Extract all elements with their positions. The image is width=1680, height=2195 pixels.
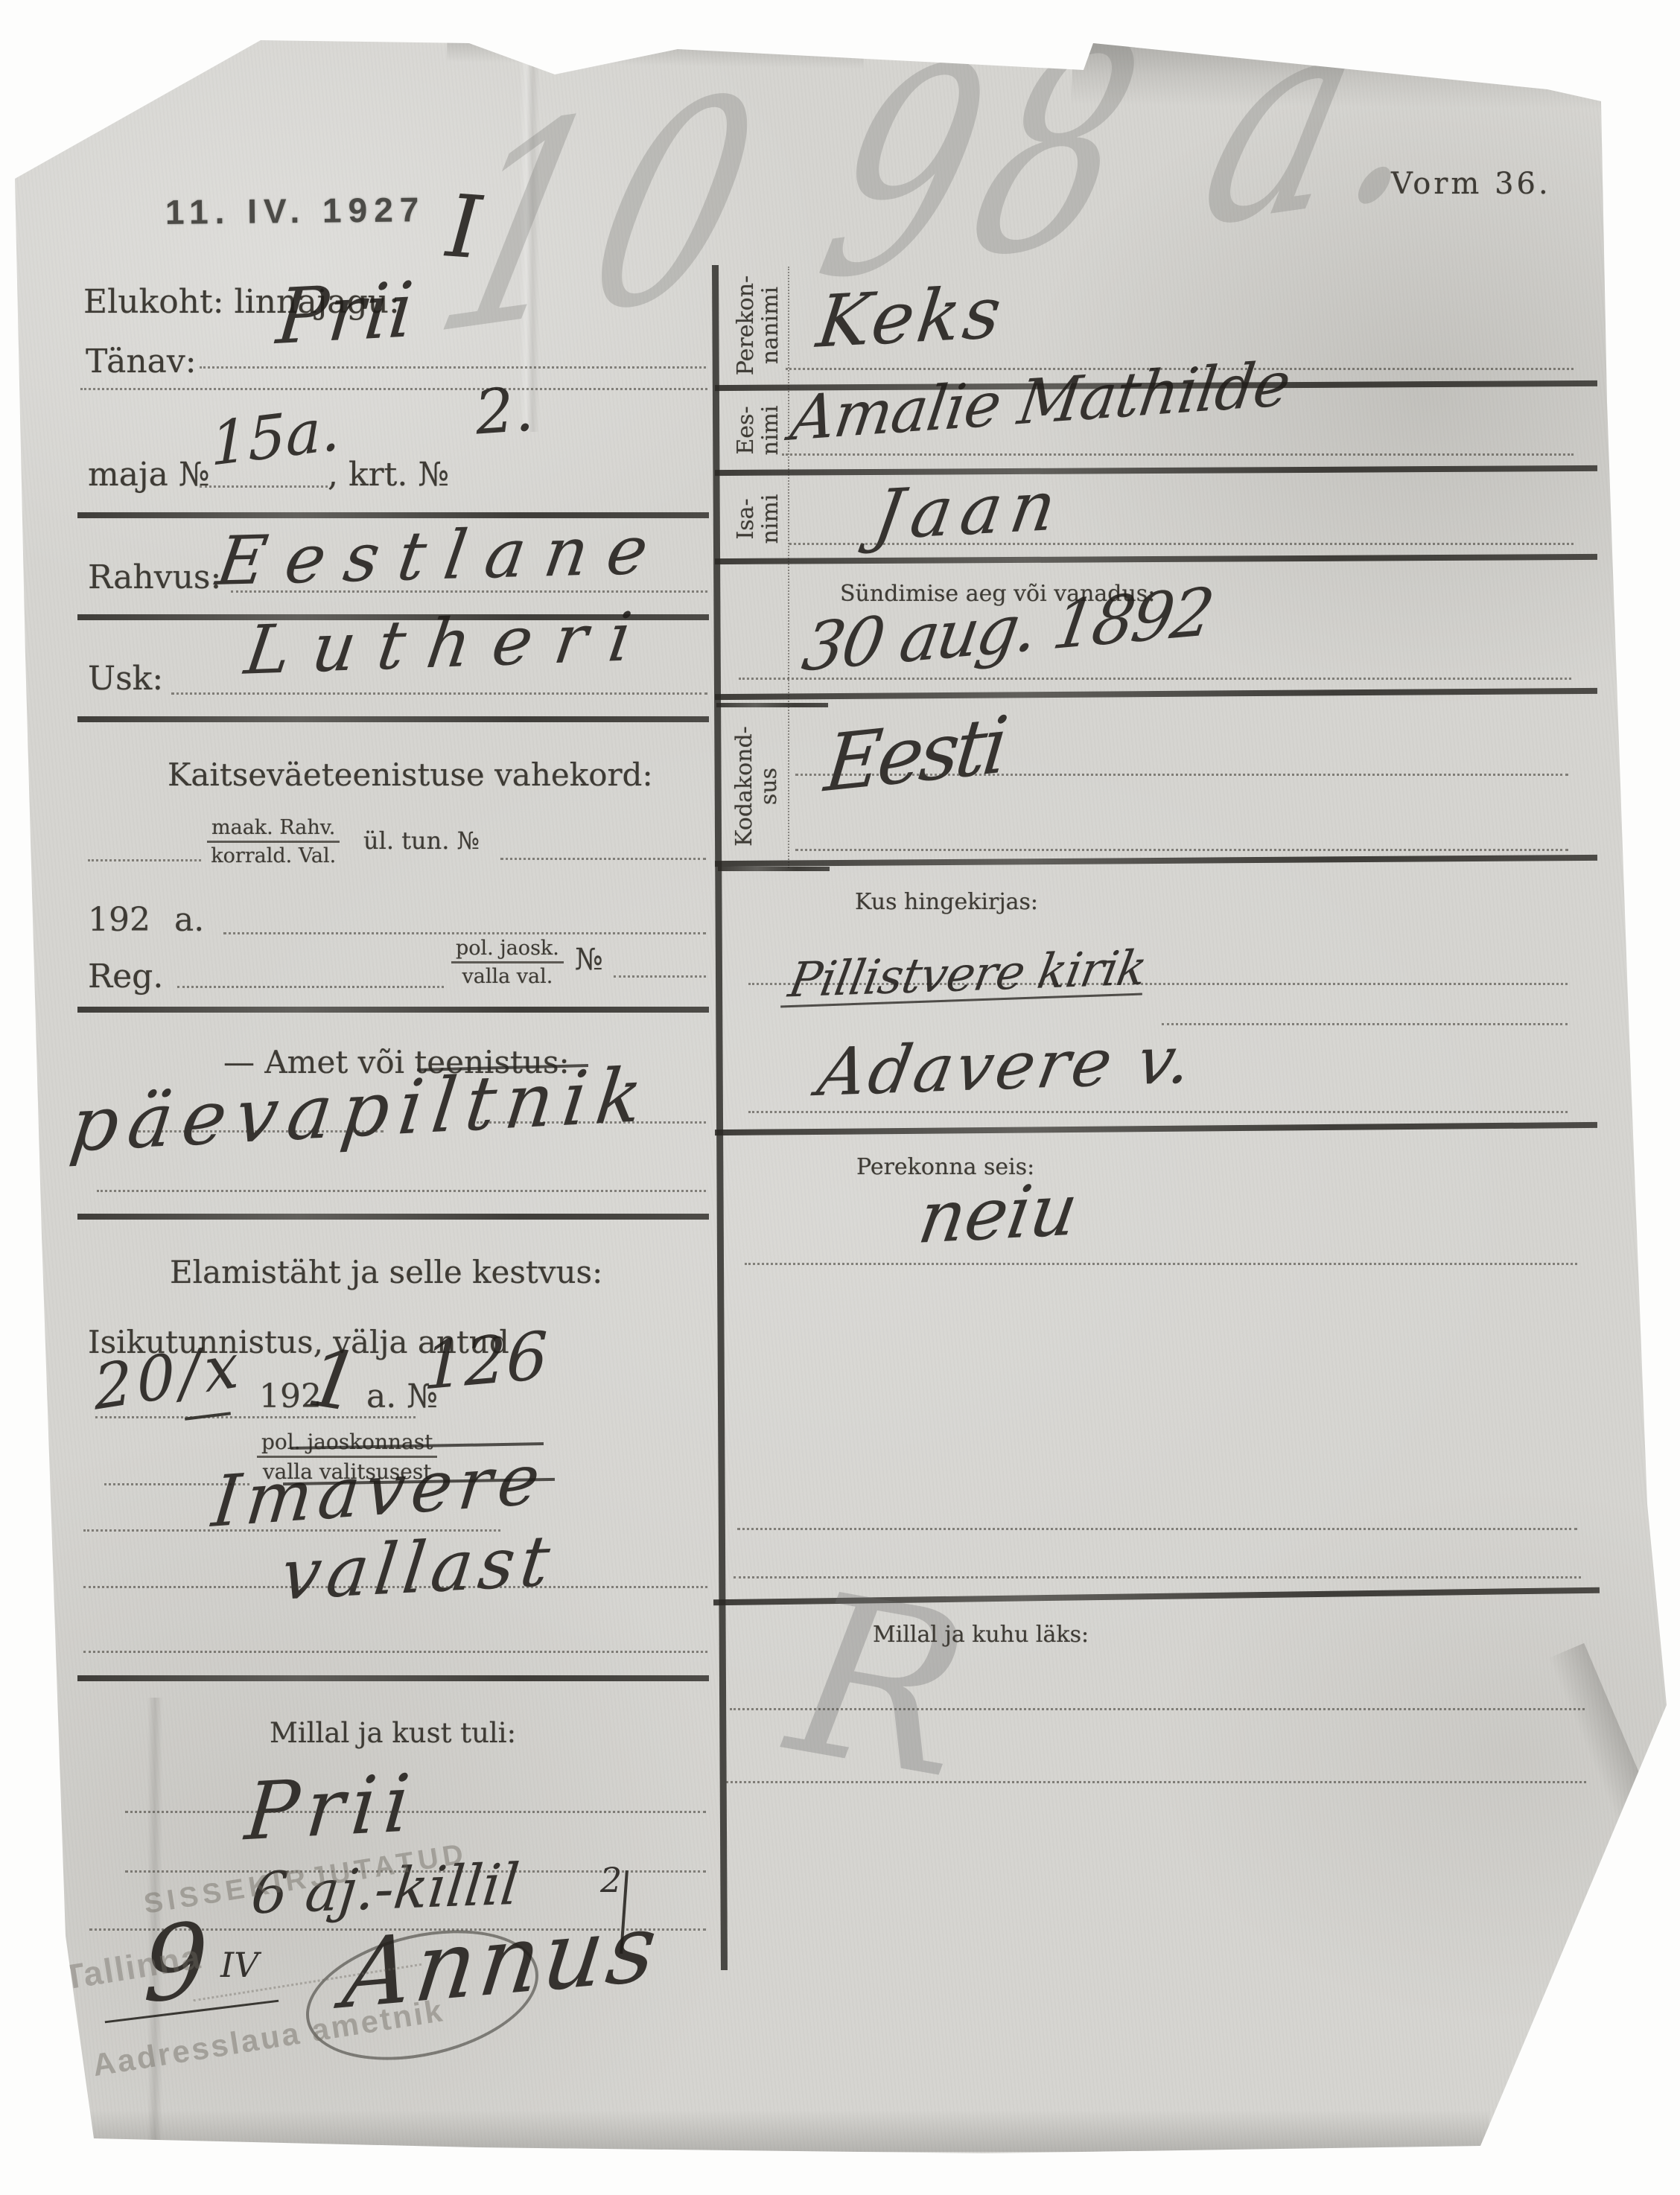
row-rule	[715, 1122, 1597, 1135]
dotted-line	[730, 1708, 1585, 1710]
dotted-line	[83, 1651, 707, 1653]
tuli-header: Millal ja kust tuli:	[270, 1717, 516, 1749]
family-value: neiu	[913, 1167, 1084, 1260]
cut-corner-shadow	[1536, 1643, 1680, 2102]
dotted-line	[782, 453, 1574, 456]
tuli-sup: 2	[600, 1860, 622, 1900]
row-rule	[715, 855, 1597, 867]
dotted-line	[97, 1190, 706, 1192]
dotted-line	[83, 1586, 707, 1588]
section-rule	[77, 1214, 709, 1220]
dotted-line	[95, 1416, 416, 1418]
dotted-line	[1162, 1023, 1568, 1025]
field-maja-label: maja №	[88, 456, 209, 494]
dotted-line	[726, 1781, 1586, 1783]
fathername-label: Isa- nimi	[727, 445, 789, 593]
stamp-line-2: Tallinna	[61, 1936, 205, 1997]
dotted-line	[171, 692, 707, 695]
citizenship-label: Kodakond- sus	[725, 704, 788, 868]
surname-label-line2: nanimi	[758, 287, 783, 364]
section-rule	[77, 716, 709, 722]
surname-value: Keks	[812, 270, 1008, 364]
row-rule	[715, 465, 1597, 476]
firstname-value: Amalie Mathilde	[786, 348, 1294, 455]
label-box-rule	[718, 867, 830, 871]
field-usk-label: Usk:	[88, 660, 163, 698]
registration-stamp: SISSEKIRJUTATUD Tallinna Aadresslaua ame…	[42, 1802, 551, 2119]
dotted-line	[200, 485, 328, 488]
center-divider	[712, 265, 728, 1970]
year-printed: 192	[88, 901, 150, 939]
field-elukoht-value: I	[443, 176, 484, 279]
parish-header: Kus hingekirjas:	[855, 889, 1038, 915]
dotted-line	[789, 543, 1574, 545]
dotted-line	[745, 1263, 1577, 1265]
fathername-label-line2: nimi	[758, 494, 783, 544]
field-maja-value: 15a.	[210, 394, 340, 480]
label-box-rule	[716, 703, 828, 707]
maak-rahv-top: maak. Rahv.	[207, 816, 340, 843]
row-rule	[715, 554, 1597, 564]
dotted-line	[500, 858, 706, 860]
ul-tun-label: ül. tun. №	[363, 826, 480, 855]
isiku-no-value: 126	[422, 1316, 548, 1404]
bottom-edge-shadow	[89, 2100, 1489, 2152]
pol-jaosk-bottom: valla val.	[451, 963, 564, 988]
dotted-line	[739, 678, 1571, 680]
vald-value-2: vallast	[277, 1520, 560, 1616]
stamp-dotted-line	[193, 1963, 421, 2001]
elamistaht-header: Elamistäht ja selle kestvus:	[170, 1254, 602, 1290]
fathername-label-line1: Isa-	[734, 498, 758, 539]
no-sign: №	[575, 943, 603, 977]
dotted-line	[125, 1811, 706, 1813]
dotted-line	[138, 1130, 384, 1132]
field-krt-value: 2.	[473, 374, 536, 448]
field-tanav-label: Tänav:	[86, 343, 197, 380]
pencil-initial: R	[774, 1543, 984, 1829]
dotted-line	[80, 388, 707, 390]
dotted-line	[795, 849, 1568, 851]
dotted-line	[177, 986, 444, 988]
section-rule	[77, 1007, 709, 1013]
form-paper: 11. IV. 1927 Vorm 36. 10 98 a. Elukoht: …	[0, 0, 1680, 2195]
section-rule	[77, 1675, 709, 1681]
field-tanav-value: Prii	[273, 266, 417, 362]
citizenship-label-line2: sus	[757, 768, 781, 805]
field-rahvus-value: Eestlane	[211, 511, 672, 601]
fathername-value: Jaan	[869, 465, 1071, 555]
went-header: Millal ja kuhu läks:	[873, 1622, 1089, 1648]
dotted-line	[477, 1121, 706, 1124]
citizenship-label-line1: Kodakond-	[732, 726, 757, 847]
date-stamp: 11. IV. 1927	[165, 189, 426, 232]
year-a-label: a.	[174, 901, 204, 939]
stamp-line-1: SISSEKIRJUTATUD	[141, 1838, 469, 1921]
dotted-line	[88, 859, 201, 861]
row-rule	[715, 688, 1597, 700]
field-usk-value: Lutheri	[241, 597, 658, 690]
dotted-line	[200, 366, 706, 369]
citizenship-value: Eesti	[821, 698, 1009, 809]
maak-rahv-bottom: korrald. Val.	[207, 843, 340, 867]
maak-rahv-fraction: maak. Rahv. korrald. Val.	[207, 816, 340, 867]
pol-jaosk-top: pol. jaosk.	[451, 937, 564, 963]
stamp-line-3: Aadresslaua ametnik	[90, 1992, 447, 2083]
dotted-line	[614, 975, 706, 978]
kaitse-header: Kaitseväeteenistuse vahekord:	[168, 756, 653, 793]
dotted-line	[223, 932, 706, 934]
dotted-line	[795, 774, 1568, 776]
pol-jaosk-fraction: pol. jaosk. valla val.	[451, 937, 564, 988]
dotted-line	[737, 1528, 1577, 1530]
field-krt-label: , krt. №	[328, 456, 449, 494]
parish-value-2: Adavere v.	[812, 1021, 1200, 1111]
reg-label: Reg.	[88, 958, 163, 995]
amet-value: päevapiltnik	[66, 1051, 656, 1169]
dotted-line	[748, 1111, 1568, 1113]
scanned-document: { "document": { "form_number": "Vorm 36.…	[0, 0, 1680, 2195]
field-rahvus-label: Rahvus:	[88, 558, 221, 596]
